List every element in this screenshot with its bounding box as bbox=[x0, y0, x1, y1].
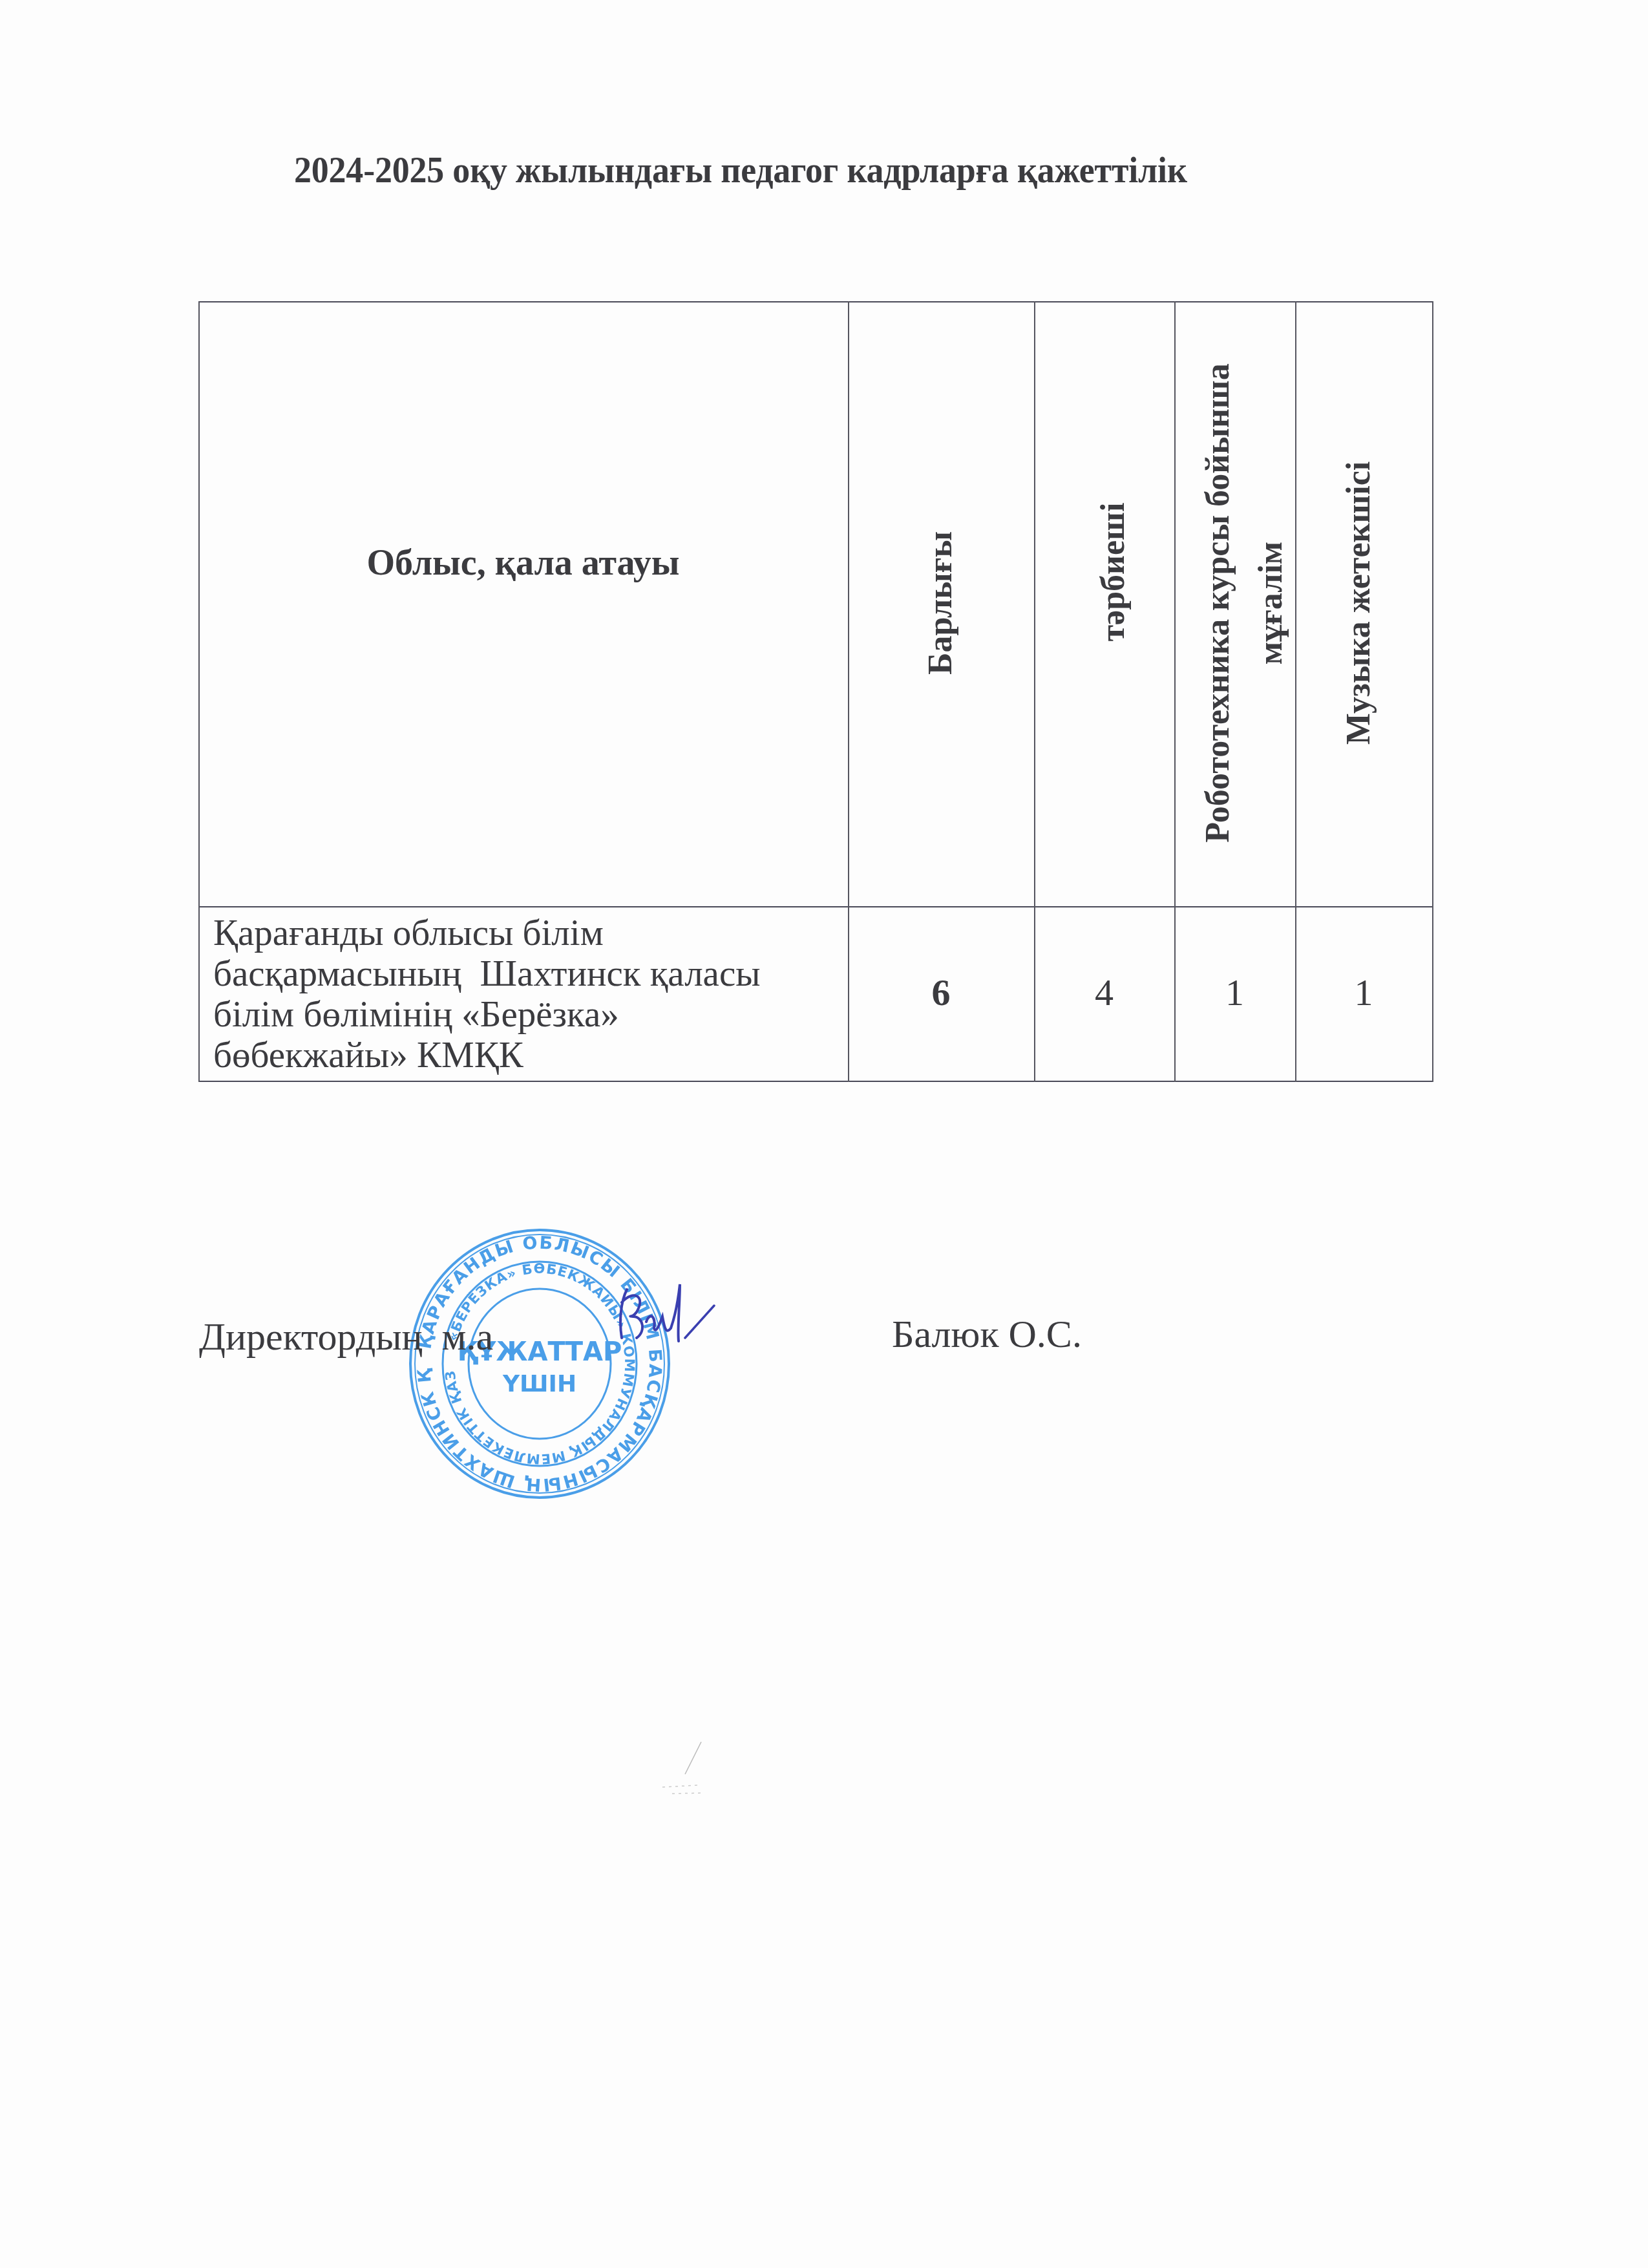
region-line: басқармасының Шахтинск қаласы bbox=[213, 953, 843, 994]
signatory-name: Балюк О.С. bbox=[892, 1312, 1082, 1357]
cell-music: 1 bbox=[1295, 971, 1432, 1014]
handwritten-signature bbox=[607, 1277, 717, 1348]
signature-icon bbox=[607, 1277, 717, 1348]
column-divider bbox=[1295, 301, 1296, 1082]
header-region-label: Облыс, қала атауы bbox=[367, 542, 680, 584]
region-line: білім бөлімінің «Берёзка» bbox=[213, 994, 843, 1035]
cell-total: 6 bbox=[848, 971, 1034, 1014]
scan-artifact bbox=[659, 1739, 724, 1797]
header-region-name: Облыс, қала атауы bbox=[198, 301, 848, 825]
column-divider bbox=[1034, 301, 1035, 1082]
scan-mark-icon bbox=[659, 1739, 724, 1797]
signatory-position: Директордың м.а bbox=[199, 1315, 493, 1359]
column-divider bbox=[1174, 301, 1176, 1082]
stamp-seal-icon: ҚАРАҒАНДЫ ОБЛЫСЫ БІЛІМ БАСҚАРМАСЫНЫҢ ШАХ… bbox=[407, 1228, 672, 1500]
svg-text:ҮШІН: ҮШІН bbox=[502, 1371, 576, 1397]
region-line: бөбекжайы» КМҚК bbox=[213, 1035, 843, 1076]
table-header-divider bbox=[198, 906, 1433, 907]
cell-robotics: 1 bbox=[1174, 971, 1295, 1014]
cell-educator: 4 bbox=[1034, 971, 1174, 1014]
region-line: Қарағанды облысы білім bbox=[213, 913, 843, 953]
official-stamp: ҚАРАҒАНДЫ ОБЛЫСЫ БІЛІМ БАСҚАРМАСЫНЫҢ ШАХ… bbox=[407, 1228, 672, 1500]
table-row-region-name: Қарағанды облысы білім басқармасының Шах… bbox=[213, 913, 843, 1076]
column-divider bbox=[848, 301, 849, 1082]
document-title: 2024-2025 оқу жылындағы педагог кадрларғ… bbox=[294, 147, 1201, 193]
table-border-right bbox=[1432, 301, 1433, 1082]
staffing-needs-table: Облыс, қала атауы Барлығы тәрбиеші Робот… bbox=[198, 301, 1432, 1081]
table-border-bottom bbox=[198, 1081, 1433, 1082]
